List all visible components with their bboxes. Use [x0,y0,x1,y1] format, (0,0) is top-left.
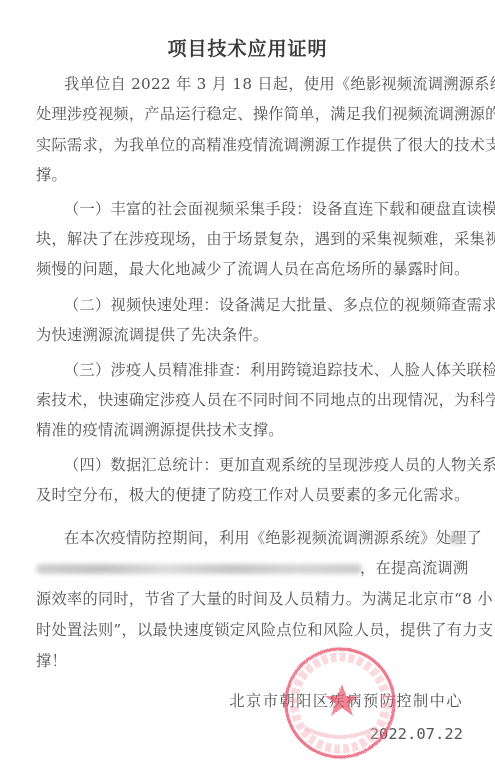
item-2-line: （二）视频快速处理：设备满足大批量、多点位的视频筛查需求， [64,295,464,315]
document-title: 项目技术应用证明 [0,37,495,61]
document-page: 项目技术应用证明 我单位自 2022 年 3 月 18 日起，使用《绝影视频流调… [0,0,495,767]
summary-line: 撑！ [36,651,464,671]
redacted-text [448,534,464,544]
item-1-line: 频慢的问题，最大化地减少了流调人员在高危场所的暴露时间。 [36,259,464,279]
item-3-line: 精准的疫情流调溯源提供技术支撑。 [36,420,464,440]
item-3-line: （三）涉疫人员精准排查：利用跨镜追踪技术、人脸人体关联检 [64,360,464,380]
summary-line: 在本次疫情防控期间，利用《绝影视频流调溯源系统》处理了 [64,528,482,548]
summary-line: ，在提高流调溯 [360,558,468,578]
redacted-text [36,564,362,574]
item-4-line: 及时空分布，极大的便捷了防疫工作对人员要素的多元化需求。 [36,485,464,505]
summary-line: 时处置法则”，以最快速度锁定风险点位和风险人员，提供了有力支 [36,620,464,640]
paragraph-line: 实际需求，为我单位的高精准疫情流调溯源工作提供了很大的技术支 [36,135,464,155]
item-4-line: （四）数据汇总统计：更加直观系统的呈现涉疫人员的人物关系 [64,455,464,475]
paragraph-line: 我单位自 2022 年 3 月 18 日起，使用《绝影视频流调溯源系统》 [64,74,464,94]
item-3-line: 索技术，快速确定涉疫人员在不同时间不同地点的出现情况，为科学 [36,390,464,410]
paragraph-line: 处理涉疫视频，产品运行稳定、操作简单，满足我们视频流调溯源的 [36,104,464,124]
item-1-line: 块，解决了在涉疫现场，由于场景复杂，遇到的采集视频难，采集视 [36,229,464,249]
item-2-line: 为快速溯源流调提供了先决条件。 [36,325,464,345]
item-1-line: （一）丰富的社会面视频采集手段：设备直连下载和硬盘直读模 [64,199,464,219]
signature-date: 2022.07.22 [370,724,463,744]
signature-organization: 北京市朝阳区疾病预防控制中心 [229,691,463,711]
paragraph-line: 撑。 [36,165,464,185]
summary-line: 源效率的同时，节省了大量的时间及人员精力。为满足北京市“8 小 [36,589,464,609]
